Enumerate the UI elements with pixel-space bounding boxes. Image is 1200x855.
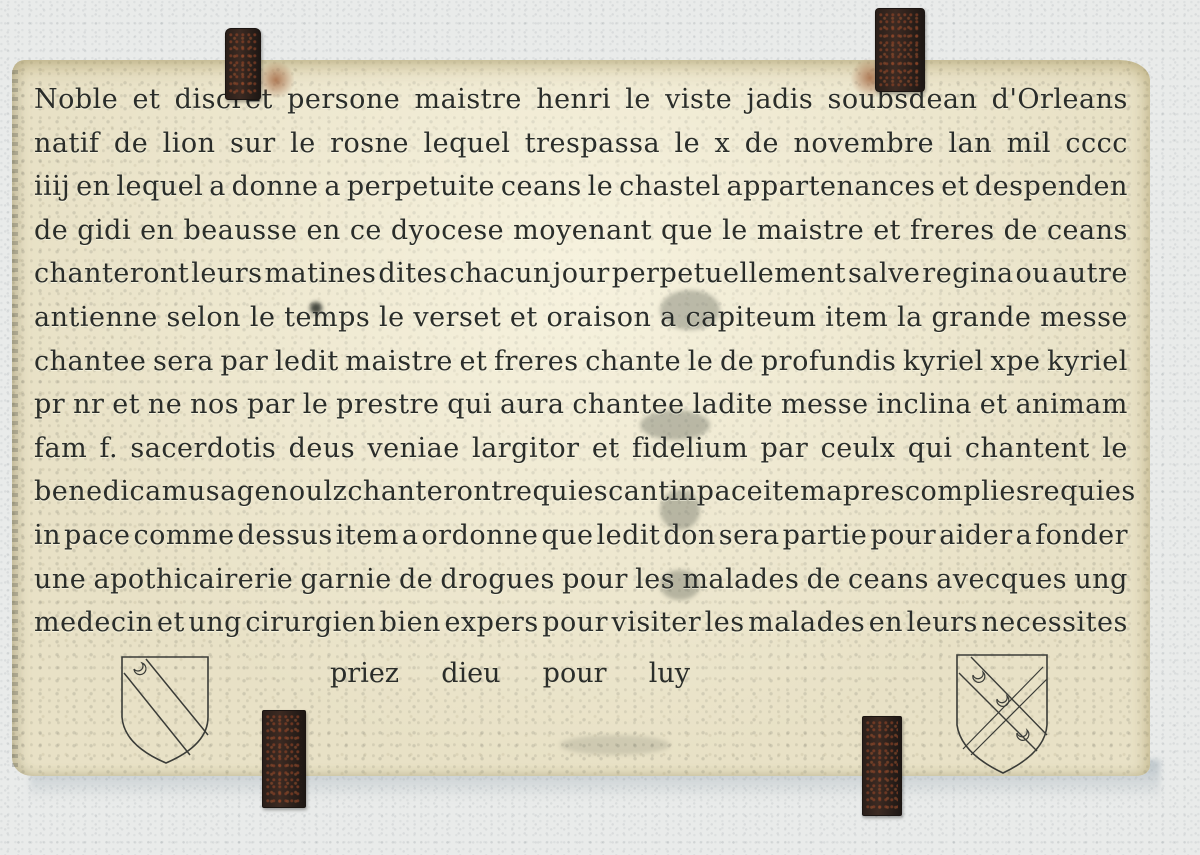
inscription-word: pace <box>697 470 763 514</box>
inscription-word: malades <box>682 558 799 602</box>
inscription-word: viste <box>665 78 732 122</box>
inscription-word: ceans <box>848 558 929 602</box>
inscription-word: moyenant <box>513 209 652 253</box>
inscription-word: chantent <box>965 427 1090 471</box>
inscription-word: en <box>140 209 174 253</box>
inscription-word: lequel <box>116 165 203 209</box>
inscription-word: sacerdotis <box>130 427 276 471</box>
inscription-line: benedicamusagenoulzchanterontrequiescant… <box>28 470 1128 514</box>
inscription-word: ung <box>1074 558 1128 602</box>
inscription-word: autre <box>1052 252 1128 296</box>
inscription-word: ou <box>1016 252 1051 296</box>
inscription-word: in <box>670 470 697 514</box>
inscription-word: jadis <box>747 78 814 122</box>
iron-bracket-bottom-left <box>262 710 306 808</box>
inscription-word: le <box>250 296 276 340</box>
inscription-word: le <box>688 340 714 384</box>
inscription-word: de <box>745 122 779 166</box>
inscription-word: selon <box>166 296 241 340</box>
inscription-word: d'Orleans <box>992 78 1128 122</box>
inscription-word: et <box>133 78 161 122</box>
inscription-line: antienneselonletempsleversetetoraisonaca… <box>28 296 1128 340</box>
inscription-word: messe <box>1040 296 1128 340</box>
inscription-word: chantee <box>34 340 146 384</box>
inscription-line: degidienbeausseencedyocesemoyenantquelem… <box>28 209 1128 253</box>
inscription-word: iiij <box>34 165 70 209</box>
inscription-word: natif <box>34 122 99 166</box>
inscription-word: aura <box>500 383 565 427</box>
inscription-word: grande <box>931 296 1031 340</box>
inscription-word: le <box>588 165 614 209</box>
inscription-line: famf.sacerdotisdeusveniaelargitoretfidel… <box>28 427 1128 471</box>
inscription-word: en <box>869 601 903 645</box>
inscription-word: kyriel <box>903 340 984 384</box>
inscription-word: a <box>660 296 677 340</box>
inscription-word: le <box>625 78 651 122</box>
iron-bracket-top-right <box>875 8 925 92</box>
inscription-word: lan <box>949 122 993 166</box>
inscription-word: largitor <box>472 427 580 471</box>
inscription-word: requiescant <box>503 470 670 514</box>
inscription-word: temps <box>284 296 370 340</box>
inscription-word: verset <box>413 296 501 340</box>
inscription-word: nos <box>190 383 239 427</box>
inscription-word: animam <box>1015 383 1127 427</box>
inscription-word: a <box>220 470 237 514</box>
inscription-word: profundis <box>761 340 897 384</box>
inscription-word: ledit <box>275 340 339 384</box>
inscription-line: Nobleetdiscretpersonemaistrehenrileviste… <box>28 78 1128 122</box>
inscription-word: perpetuite <box>347 165 495 209</box>
inscription-word: de <box>34 209 68 253</box>
inscription-word: le <box>379 296 405 340</box>
inscription-word: veniae <box>367 427 459 471</box>
inscription-word: antienne <box>34 296 158 340</box>
inscription-word: garnie <box>300 558 391 602</box>
inscription-word: et <box>510 296 538 340</box>
inscription-line: chanteeseraparleditmaistreetfrereschante… <box>28 340 1128 384</box>
inscription-word: a <box>209 165 226 209</box>
inscription-word: malades <box>748 601 865 645</box>
inscription-word: trespassa <box>525 122 660 166</box>
inscription-word: ung <box>188 601 242 645</box>
inscription-word: appartenances <box>726 165 935 209</box>
inscription-word: fidelium <box>632 427 748 471</box>
inscription-word: dessus <box>238 514 333 558</box>
closing-word: pour <box>543 658 607 689</box>
inscription-word: chastel <box>619 165 720 209</box>
inscription-word: chante <box>585 340 681 384</box>
inscription-word: par <box>760 427 808 471</box>
inscription-word: les <box>705 601 745 645</box>
inscription-word: perpetuellement <box>612 252 846 296</box>
inscription-word: le <box>303 383 329 427</box>
inscription-word: jour <box>553 252 610 296</box>
inscription-word: cirurgien <box>245 601 376 645</box>
inscription-word: dyocese <box>391 209 504 253</box>
inscription-word: le <box>722 209 748 253</box>
inscription-word: inclina <box>876 383 971 427</box>
inscription-word: en <box>306 209 340 253</box>
inscription-word: freres <box>494 340 579 384</box>
inscription-word: ne <box>148 383 182 427</box>
inscription-word: kyriel <box>1047 340 1128 384</box>
rust-stain <box>258 60 294 100</box>
inscription-word: f. <box>100 427 119 471</box>
inscription-word: de <box>399 558 433 602</box>
inscription-word: sur <box>230 122 276 166</box>
inscription-word: item <box>763 470 826 514</box>
inscription-word: les <box>635 558 675 602</box>
inscription-word: que <box>541 514 593 558</box>
inscription-word: medecin <box>34 601 154 645</box>
inscription-word: x <box>715 122 731 166</box>
inscription-word: sera <box>719 514 780 558</box>
inscription-word: de <box>720 340 754 384</box>
inscription-word: ceans <box>501 165 582 209</box>
inscription-word: in <box>34 514 61 558</box>
inscription-word: maistre <box>414 78 521 122</box>
inscription-word: et <box>459 340 487 384</box>
inscription-line: medecinetungcirurgienbienexperspourvisit… <box>28 601 1128 645</box>
inscription-word: leurs <box>191 252 262 296</box>
closing-word: priez <box>330 658 399 689</box>
inscription-word: complies <box>905 470 1030 514</box>
inscription-word: freres <box>910 209 995 253</box>
inscription-word: gidi <box>77 209 131 253</box>
inscription-word: une <box>34 558 86 602</box>
inscription-word: et <box>941 165 969 209</box>
inscription-word: drogues <box>440 558 554 602</box>
inscription-word: necessites <box>981 601 1128 645</box>
inscription-word: requies <box>1030 470 1136 514</box>
inscription-word: le <box>290 122 316 166</box>
inscription-word: qui <box>447 383 492 427</box>
inscription-word: matines <box>264 252 376 296</box>
iron-bracket-top-left <box>225 28 261 100</box>
inscription-word: comme <box>133 514 234 558</box>
inscription-word: lion <box>163 122 216 166</box>
inscription-word: apothicairerie <box>93 558 293 602</box>
inscription-word: pour <box>870 514 936 558</box>
inscription-word: persone <box>287 78 400 122</box>
inscription-word: item <box>825 296 888 340</box>
inscription-word: avecques <box>936 558 1067 602</box>
inscription-word: de <box>1004 209 1038 253</box>
inscription-word: et <box>157 601 185 645</box>
inscription-word: par <box>247 383 295 427</box>
inscription-word: Noble <box>34 78 118 122</box>
inscription-word: le <box>675 122 701 166</box>
inscription-word: pour <box>542 601 608 645</box>
inscription-word: ce <box>350 209 382 253</box>
inscription-word: qui <box>908 427 953 471</box>
inscription-word: pace <box>64 514 130 558</box>
plaque-chipped-edge <box>12 70 18 770</box>
inscription-line: chanterontleursmatinesditeschacunjourper… <box>28 252 1128 296</box>
inscription-word: chantee <box>572 383 684 427</box>
inscription-word: pr <box>34 383 65 427</box>
inscription-word: partie <box>783 514 868 558</box>
inscription-word: cccc <box>1065 122 1128 166</box>
inscription-word: dites <box>378 252 447 296</box>
inscription-word: ceans <box>1047 209 1128 253</box>
inscription-word: expers <box>444 601 538 645</box>
inscription-word: en <box>76 165 110 209</box>
inscription-word: a <box>324 165 341 209</box>
inscription-word: don <box>663 514 715 558</box>
inscription: Nobleetdiscretpersonemaistrehenrileviste… <box>28 78 1128 645</box>
inscription-word: ceulx <box>821 427 896 471</box>
inscription-word: despenden <box>975 165 1128 209</box>
inscription-word: henri <box>536 78 611 122</box>
inscription-word: mil <box>1007 122 1051 166</box>
right-coat-of-arms-icon <box>955 653 1049 775</box>
inscription-word: par <box>220 340 268 384</box>
inscription-line: natifdelionsurlerosnelequeltrespassalexd… <box>28 122 1128 166</box>
inscription-word: que <box>661 209 713 253</box>
inscription-word: regina <box>922 252 1013 296</box>
inscription-word: chanteront <box>347 470 502 514</box>
inscription-word: xpe <box>990 340 1040 384</box>
inscription-word: genoulz <box>237 470 348 514</box>
inscription-word: visiter <box>612 601 702 645</box>
inscription-word: ordonne <box>421 514 538 558</box>
iron-bracket-bottom-right <box>862 716 902 816</box>
inscription-word: beausse <box>183 209 297 253</box>
inscription-word: prestre <box>336 383 439 427</box>
inscription-word: et <box>112 383 140 427</box>
inscription-word: et <box>873 209 901 253</box>
inscription-word: a <box>402 514 419 558</box>
inscription-word: deus <box>289 427 356 471</box>
inscription-word: ledit <box>597 514 661 558</box>
inscription-word: et <box>980 383 1008 427</box>
inscription-word: oraison <box>546 296 651 340</box>
inscription-word: item <box>336 514 399 558</box>
inscription-line: uneapothicaireriegarniededroguespourlesm… <box>28 558 1128 602</box>
inscription-word: pour <box>562 558 628 602</box>
inscription-word: a <box>1016 514 1033 558</box>
inscription-word: donne <box>232 165 319 209</box>
inscription-word: de <box>114 122 148 166</box>
closing-word: dieu <box>441 658 500 689</box>
inscription-word: chanteront <box>34 252 189 296</box>
inscription-line: prnretnenosparleprestrequiaurachanteelad… <box>28 383 1128 427</box>
inscription-word: et <box>592 427 620 471</box>
inscription-word: sera <box>153 340 214 384</box>
inscription-word: lequel <box>423 122 510 166</box>
weathering-stain <box>560 735 670 755</box>
inscription-word: la <box>897 296 923 340</box>
inscription-word: aider <box>939 514 1012 558</box>
closing-prayer: priezdieupourluy <box>330 658 690 689</box>
inscription-word: ladite <box>693 383 773 427</box>
inscription-line: inpacecommedessusitemaordonnequeleditdon… <box>28 514 1128 558</box>
inscription-word: de <box>807 558 841 602</box>
inscription-word: chacun <box>449 252 551 296</box>
inscription-word: benedicamus <box>34 470 220 514</box>
inscription-word: novembre <box>793 122 934 166</box>
inscription-word: fam <box>34 427 87 471</box>
inscription-word: maistre <box>345 340 452 384</box>
inscription-word: le <box>1102 427 1128 471</box>
left-coat-of-arms-icon <box>120 655 212 765</box>
inscription-word: messe <box>781 383 869 427</box>
inscription-word: nr <box>73 383 104 427</box>
closing-word: luy <box>649 658 690 689</box>
inscription-word: salve <box>848 252 920 296</box>
inscription-line: iiijenlequeladonneaperpetuiteceanslechas… <box>28 165 1128 209</box>
inscription-word: apres <box>826 470 905 514</box>
inscription-word: maistre <box>757 209 864 253</box>
inscription-word: leurs <box>907 601 978 645</box>
inscription-word: rosne <box>330 122 409 166</box>
inscription-word: fonder <box>1035 514 1128 558</box>
inscription-word: bien <box>380 601 441 645</box>
inscription-word: capiteum <box>685 296 816 340</box>
